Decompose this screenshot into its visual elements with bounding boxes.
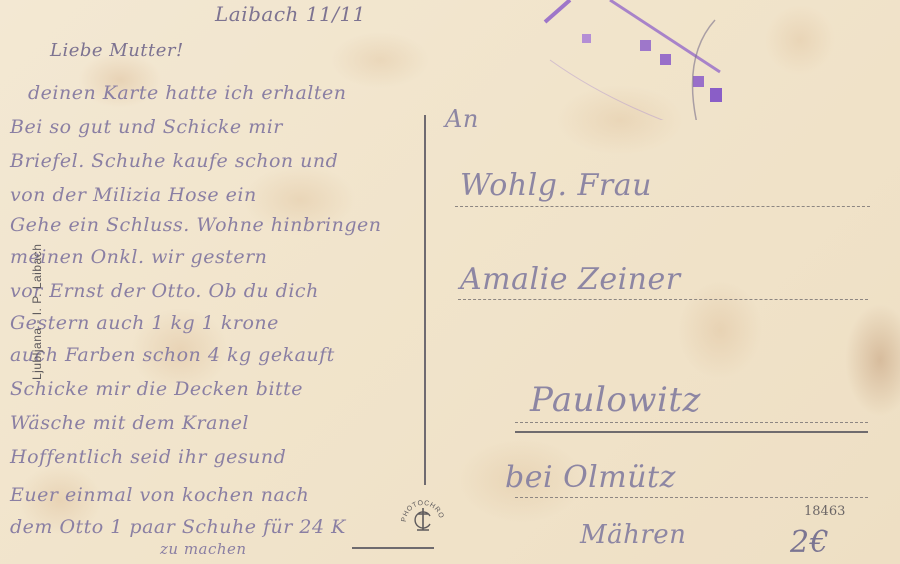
address-title: Wohlg. Frau	[460, 168, 652, 203]
message-line: dem Otto 1 paar Schuhe für 24 K	[10, 516, 346, 538]
svg-text:PHOTOCHROM: PHOTOCHROM	[398, 490, 445, 522]
publisher-imprint: Ljubljana - I. P. Laibach	[30, 244, 44, 380]
message-line: Bei so gut und Schicke mir	[10, 116, 283, 138]
postmark-stamp-icon	[540, 0, 740, 120]
salutation: Liebe Mutter!	[50, 40, 184, 61]
center-divider	[424, 115, 426, 485]
address-prefix: An	[445, 105, 479, 133]
message-line: vor Ernst der Otto. Ob du dich	[10, 280, 319, 302]
postcard-back: Laibach 11/11 Liebe Mutter! deinen Karte…	[0, 0, 900, 564]
address-line-2	[458, 299, 868, 300]
message-line: Briefel. Schuhe kaufe schon und	[10, 150, 338, 172]
message-line: Wäsche mit dem Kranel	[10, 412, 249, 434]
message-line: Schicke mir die Decken bitte	[10, 378, 303, 400]
address-line-4	[515, 497, 868, 498]
message-line: zu machen	[160, 540, 247, 558]
pencil-price-note: 2€	[790, 525, 829, 560]
card-number: 18463	[804, 504, 845, 519]
message-line: Gehe ein Schluss. Wohne hinbringen	[10, 214, 382, 236]
address-city-underline	[515, 431, 868, 433]
photochrom-logo-icon: PHOTOCHROM	[398, 490, 448, 540]
message-line: meinen Onkl. wir gestern	[10, 246, 267, 268]
message-line: auch Farben schon 4 kg gekauft	[10, 344, 335, 366]
message-line: Euer einmal von kochen nach	[10, 484, 309, 506]
message-line: von der Milizia Hose ein	[10, 184, 257, 206]
address-city: Paulowitz	[530, 380, 701, 420]
address-district: bei Olmütz	[505, 460, 676, 495]
address-line-1	[455, 206, 870, 207]
message-line: deinen Karte hatte ich erhalten	[28, 82, 346, 104]
message-line: Hoffentlich seid ihr gesund	[10, 446, 286, 468]
address-region: Mähren	[580, 520, 686, 550]
address-name: Amalie Zeiner	[460, 262, 681, 297]
address-line-3	[515, 422, 868, 423]
message-line: Gestern auch 1 kg 1 krone	[10, 312, 279, 334]
place-date: Laibach 11/11	[215, 2, 366, 26]
message-underline	[352, 547, 434, 549]
